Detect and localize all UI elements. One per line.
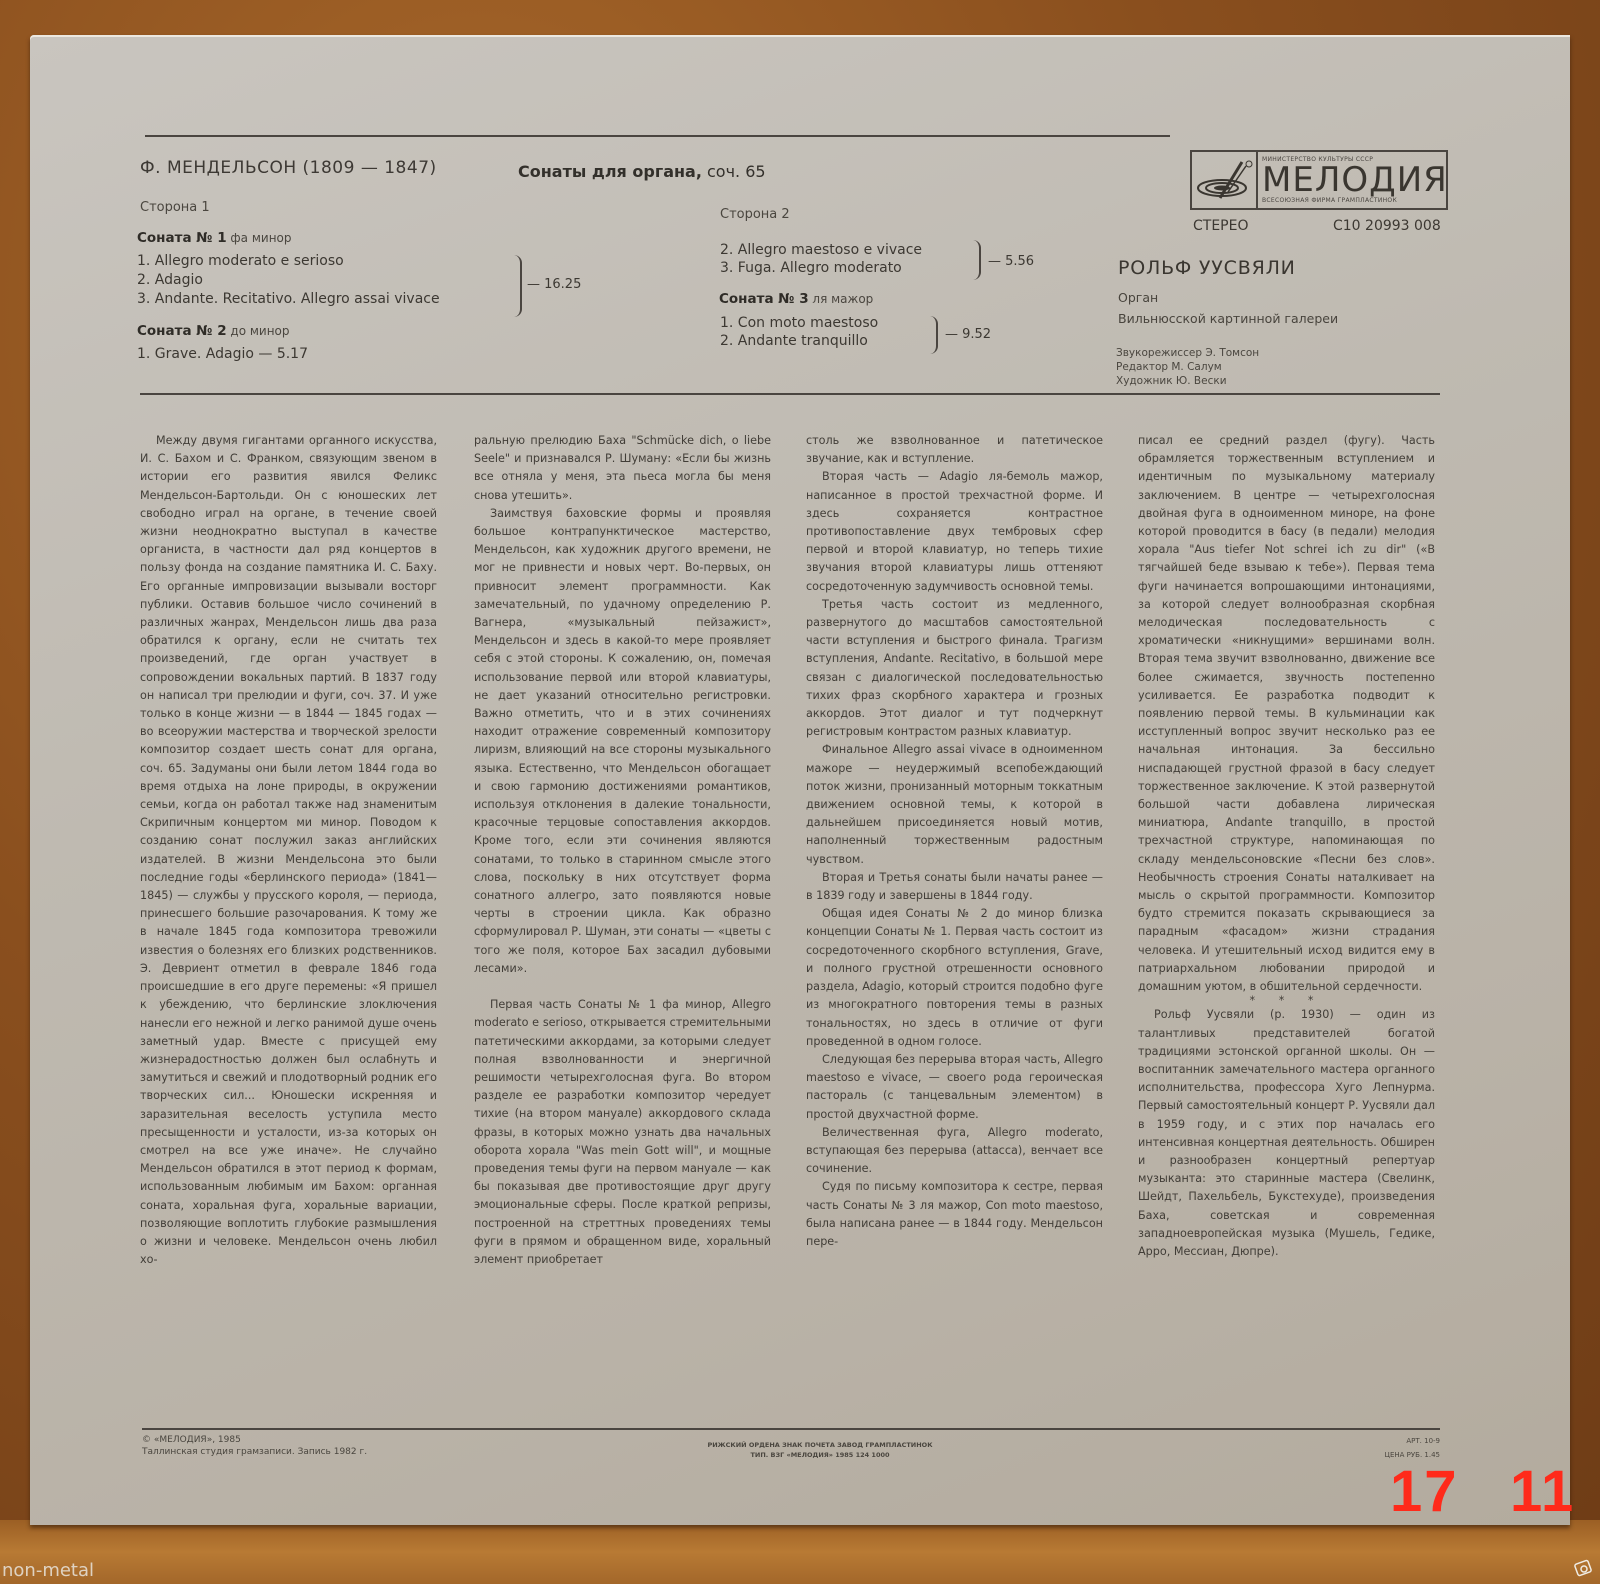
middle-rule (140, 393, 1440, 395)
company-text: ВСЕСОЮЗНАЯ ФИРМА ГРАМПЛАСТИНОК (1262, 197, 1448, 204)
sonata-1-heading: Соната № 1 фа минор (137, 230, 292, 246)
section-separator: * * * (1138, 996, 1435, 1006)
sonata-3-title: Соната № 3 (719, 291, 809, 307)
track-s2-1: 1. Grave. Adagio — 5.17 (137, 345, 308, 363)
notes-paragraph: писал ее средний раздел (фугу). Часть об… (1138, 432, 1435, 996)
catalog-number: С10 20993 008 (1333, 218, 1441, 234)
record-emblem-icon (1192, 152, 1258, 208)
track-s1-1: 1. Allegro moderato e serioso (137, 252, 344, 270)
footer-left: © «МЕЛОДИЯ», 1985 Таллинская студия грам… (142, 1434, 367, 1458)
duration-sonata-1: — 16.25 (527, 277, 581, 292)
track-s3-1: 1. Con moto maestoso (720, 314, 878, 332)
bottom-rule (142, 1428, 1440, 1430)
brand-name: МЕЛОДИЯ (1262, 163, 1448, 197)
watermark-text: non-metal (2, 1560, 94, 1581)
sonata-3-key: ля мажор (809, 292, 874, 306)
credit-sound-engineer: Звукорежиссер Э. Томсон (1116, 346, 1259, 360)
work-title: Сонаты для органа, соч. 65 (518, 162, 766, 181)
logo-wordmark: МИНИСТЕРСТВО КУЛЬТУРЫ СССР МЕЛОДИЯ ВСЕСО… (1258, 152, 1448, 208)
notes-paragraph: Финальное Allegro assai vivace в одноиме… (806, 741, 1103, 868)
track-s3-2: 2. Andante tranquillo (720, 332, 868, 350)
work-opus: соч. 65 (702, 162, 766, 181)
sonata-1-key: фа минор (227, 231, 292, 245)
notes-paragraph: ральную прелюдию Баха "Schmücke dich, o … (474, 432, 771, 505)
performer-venue: Вильнюсской картинной галереи (1118, 311, 1338, 326)
sonata-3-heading: Соната № 3 ля мажор (719, 291, 873, 307)
side-2-label: Сторона 2 (720, 207, 790, 222)
track-s2-3: 3. Fuga. Allegro moderato (720, 259, 902, 277)
notes-paragraph: Между двумя гигантами органного искусств… (140, 432, 437, 1269)
performer-bio: Рольф Уусвяли (р. 1930) — один из талант… (1138, 1006, 1435, 1261)
track-s1-2: 2. Adagio (137, 271, 203, 289)
performer-name: РОЛЬФ УУСВЯЛИ (1118, 257, 1296, 279)
duration-sonata-3: — 9.52 (945, 327, 991, 342)
footer-center: РИЖСКИЙ ОРДЕНА ЗНАК ПОЧЕТА ЗАВОД ГРАМПЛА… (620, 1440, 1020, 1460)
notes-paragraph: Заимствуя баховские формы и проявляя бол… (474, 505, 771, 978)
credit-editor: Редактор М. Салум (1116, 360, 1222, 374)
notes-paragraph: Третья часть состоит из медленного, разв… (806, 596, 1103, 742)
print-text: ТИП. ВЗГ «МЕЛОДИЯ» 1985 124 1000 (620, 1450, 1020, 1460)
performer-instrument: Орган (1118, 290, 1158, 305)
brace-sonata-1 (508, 255, 522, 317)
notes-paragraph: Вторая часть — Adagio ля-бемоль мажор, н… (806, 468, 1103, 595)
red-stamp-left: 17 (1390, 1458, 1459, 1525)
sonata-2-title: Соната № 2 (137, 323, 227, 339)
notes-paragraph: Первая часть Сонаты № 1 фа минор, Allegr… (474, 996, 771, 1269)
notes-paragraph: Величественная фуга, Allegro moderato, в… (806, 1124, 1103, 1179)
credit-artist: Художник Ю. Вески (1116, 374, 1227, 388)
red-stamp-right: 11 (1510, 1458, 1575, 1525)
camera-icon (1574, 1556, 1596, 1580)
liner-notes-column-1: Между двумя гигантами органного искусств… (140, 432, 437, 1269)
brace-sonata-2 (967, 240, 981, 280)
track-s2-2: 2. Allegro maestoso e vivace (720, 241, 922, 259)
liner-notes-column-2: ральную прелюдию Баха "Schmücke dich, o … (474, 432, 771, 1269)
studio-text: Таллинская студия грамзаписи. Запись 198… (142, 1446, 367, 1458)
work-name: Сонаты для органа, (518, 162, 702, 181)
brace-sonata-3 (924, 316, 938, 354)
plant-text: РИЖСКИЙ ОРДЕНА ЗНАК ПОЧЕТА ЗАВОД ГРАМПЛА… (620, 1440, 1020, 1450)
wooden-table-surface (0, 1520, 1600, 1584)
notes-paragraph: Судя по письму композитора к сестре, пер… (806, 1178, 1103, 1251)
sonata-2-heading: Соната № 2 до минор (137, 323, 290, 339)
copyright-text: © «МЕЛОДИЯ», 1985 (142, 1434, 367, 1446)
track-s1-3: 3. Andante. Recitativo. Allegro assai vi… (137, 290, 440, 308)
notes-paragraph: Вторая и Третья сонаты были начаты ранее… (806, 869, 1103, 905)
notes-paragraph: столь же взволнованное и патетическое зв… (806, 432, 1103, 468)
notes-paragraph: Следующая без перерыва вторая часть, All… (806, 1051, 1103, 1124)
sonata-2-key: до минор (227, 324, 290, 338)
article-text: АРТ. 10-9 (1320, 1434, 1440, 1448)
side-1-label: Сторона 1 (140, 200, 210, 215)
composer-title: Ф. МЕНДЕЛЬСОН (1809 — 1847) (140, 158, 437, 178)
sonata-1-title: Соната № 1 (137, 230, 227, 246)
melodiya-logo: МИНИСТЕРСТВО КУЛЬТУРЫ СССР МЕЛОДИЯ ВСЕСО… (1190, 150, 1448, 210)
duration-sonata-2-cont: — 5.56 (988, 254, 1034, 269)
liner-notes-column-3: столь же взволнованное и патетическое зв… (806, 432, 1103, 1251)
top-rule (145, 135, 1170, 137)
liner-notes-column-4: писал ее средний раздел (фугу). Часть об… (1138, 432, 1435, 1261)
stereo-label: СТЕРЕО (1193, 218, 1248, 234)
notes-paragraph: Общая идея Сонаты № 2 до минор близка ко… (806, 905, 1103, 1051)
